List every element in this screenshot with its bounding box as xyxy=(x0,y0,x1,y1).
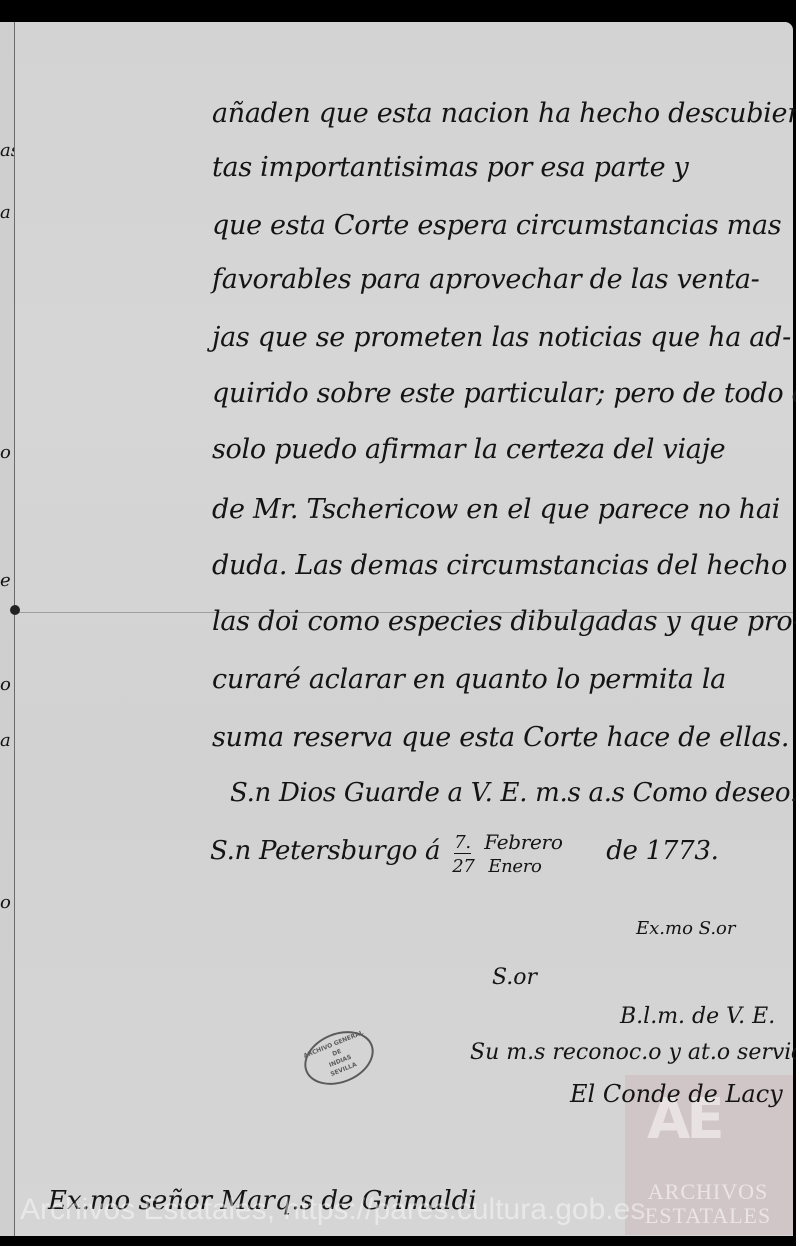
margin-fragment: o xyxy=(0,674,14,695)
margin-fragment: as xyxy=(0,140,14,161)
body-line: suma reserva que esta Corte hace de ella… xyxy=(212,722,789,753)
blm-formula: B.l.m. de V. E. xyxy=(620,1004,775,1029)
body-line: las doi como especies dibulgadas y que p… xyxy=(212,606,796,637)
body-line: que esta Corte espera circumstancias mas xyxy=(212,210,781,241)
body-line: solo puedo afirmar la certeza del viaje xyxy=(212,434,725,465)
body-line: jas que se prometen las noticias que ha … xyxy=(212,322,791,353)
archive-watermark: Archivos Estatales, https://pares.cultur… xyxy=(20,1193,645,1227)
day-new-style: 7. xyxy=(454,832,471,854)
logo-line-2: ESTATALES xyxy=(633,1203,783,1229)
body-line: añaden que esta nacion ha hecho descubie… xyxy=(212,98,796,129)
signature: El Conde de Lacy xyxy=(570,1080,783,1108)
fold-mark xyxy=(10,605,20,615)
sir-abbrev: S.or xyxy=(492,965,537,990)
day-old-style: 27 xyxy=(452,856,474,877)
margin-fragment: a xyxy=(0,730,14,751)
logo-line-1: ARCHIVOS xyxy=(633,1179,783,1205)
margin-fragment: o xyxy=(0,442,14,463)
body-line: duda. Las demas circumstancias del hecho xyxy=(212,550,787,581)
servant-line: Su m.s reconoc.o y at.o servidor xyxy=(470,1040,796,1065)
place-date: S.n Petersburgo á 7. Febrero 27 Enero de… xyxy=(210,836,719,866)
dual-date: 7. Febrero 27 Enero xyxy=(448,836,598,866)
previous-page-edge: as a o e o a o xyxy=(0,22,15,1236)
body-line: de Mr. Tschericow en el que parece no ha… xyxy=(212,494,780,525)
closing-prefix: S.n xyxy=(230,778,271,808)
margin-fragment: e xyxy=(0,570,14,591)
scan-bottom-edge xyxy=(0,1236,796,1246)
closing-formula: S.n Dios Guarde a V. E. m.s a.s Como des… xyxy=(230,778,796,808)
place: S.n Petersburgo á xyxy=(210,836,440,866)
salutation-abbrev: Ex.mo S.or xyxy=(636,918,736,939)
margin-fragment: o xyxy=(0,892,14,913)
body-line: favorables para aprovechar de las venta- xyxy=(212,264,760,295)
month-old-style: Enero xyxy=(488,856,541,877)
body-line: quirido sobre este particular; pero de t… xyxy=(212,378,796,409)
margin-fragment: a xyxy=(0,202,14,223)
body-line: tas importantisimas por esa parte y xyxy=(212,152,689,183)
year: de 1773. xyxy=(606,836,718,866)
document-scan: as a o e o a o añaden que esta nacion ha… xyxy=(0,0,796,1246)
body-line: curaré aclarar en quanto lo permita la xyxy=(212,664,726,695)
closing-text: Dios Guarde a V. E. m.s a.s Como deseo. xyxy=(279,778,796,808)
month-new-style: Febrero xyxy=(484,830,562,854)
